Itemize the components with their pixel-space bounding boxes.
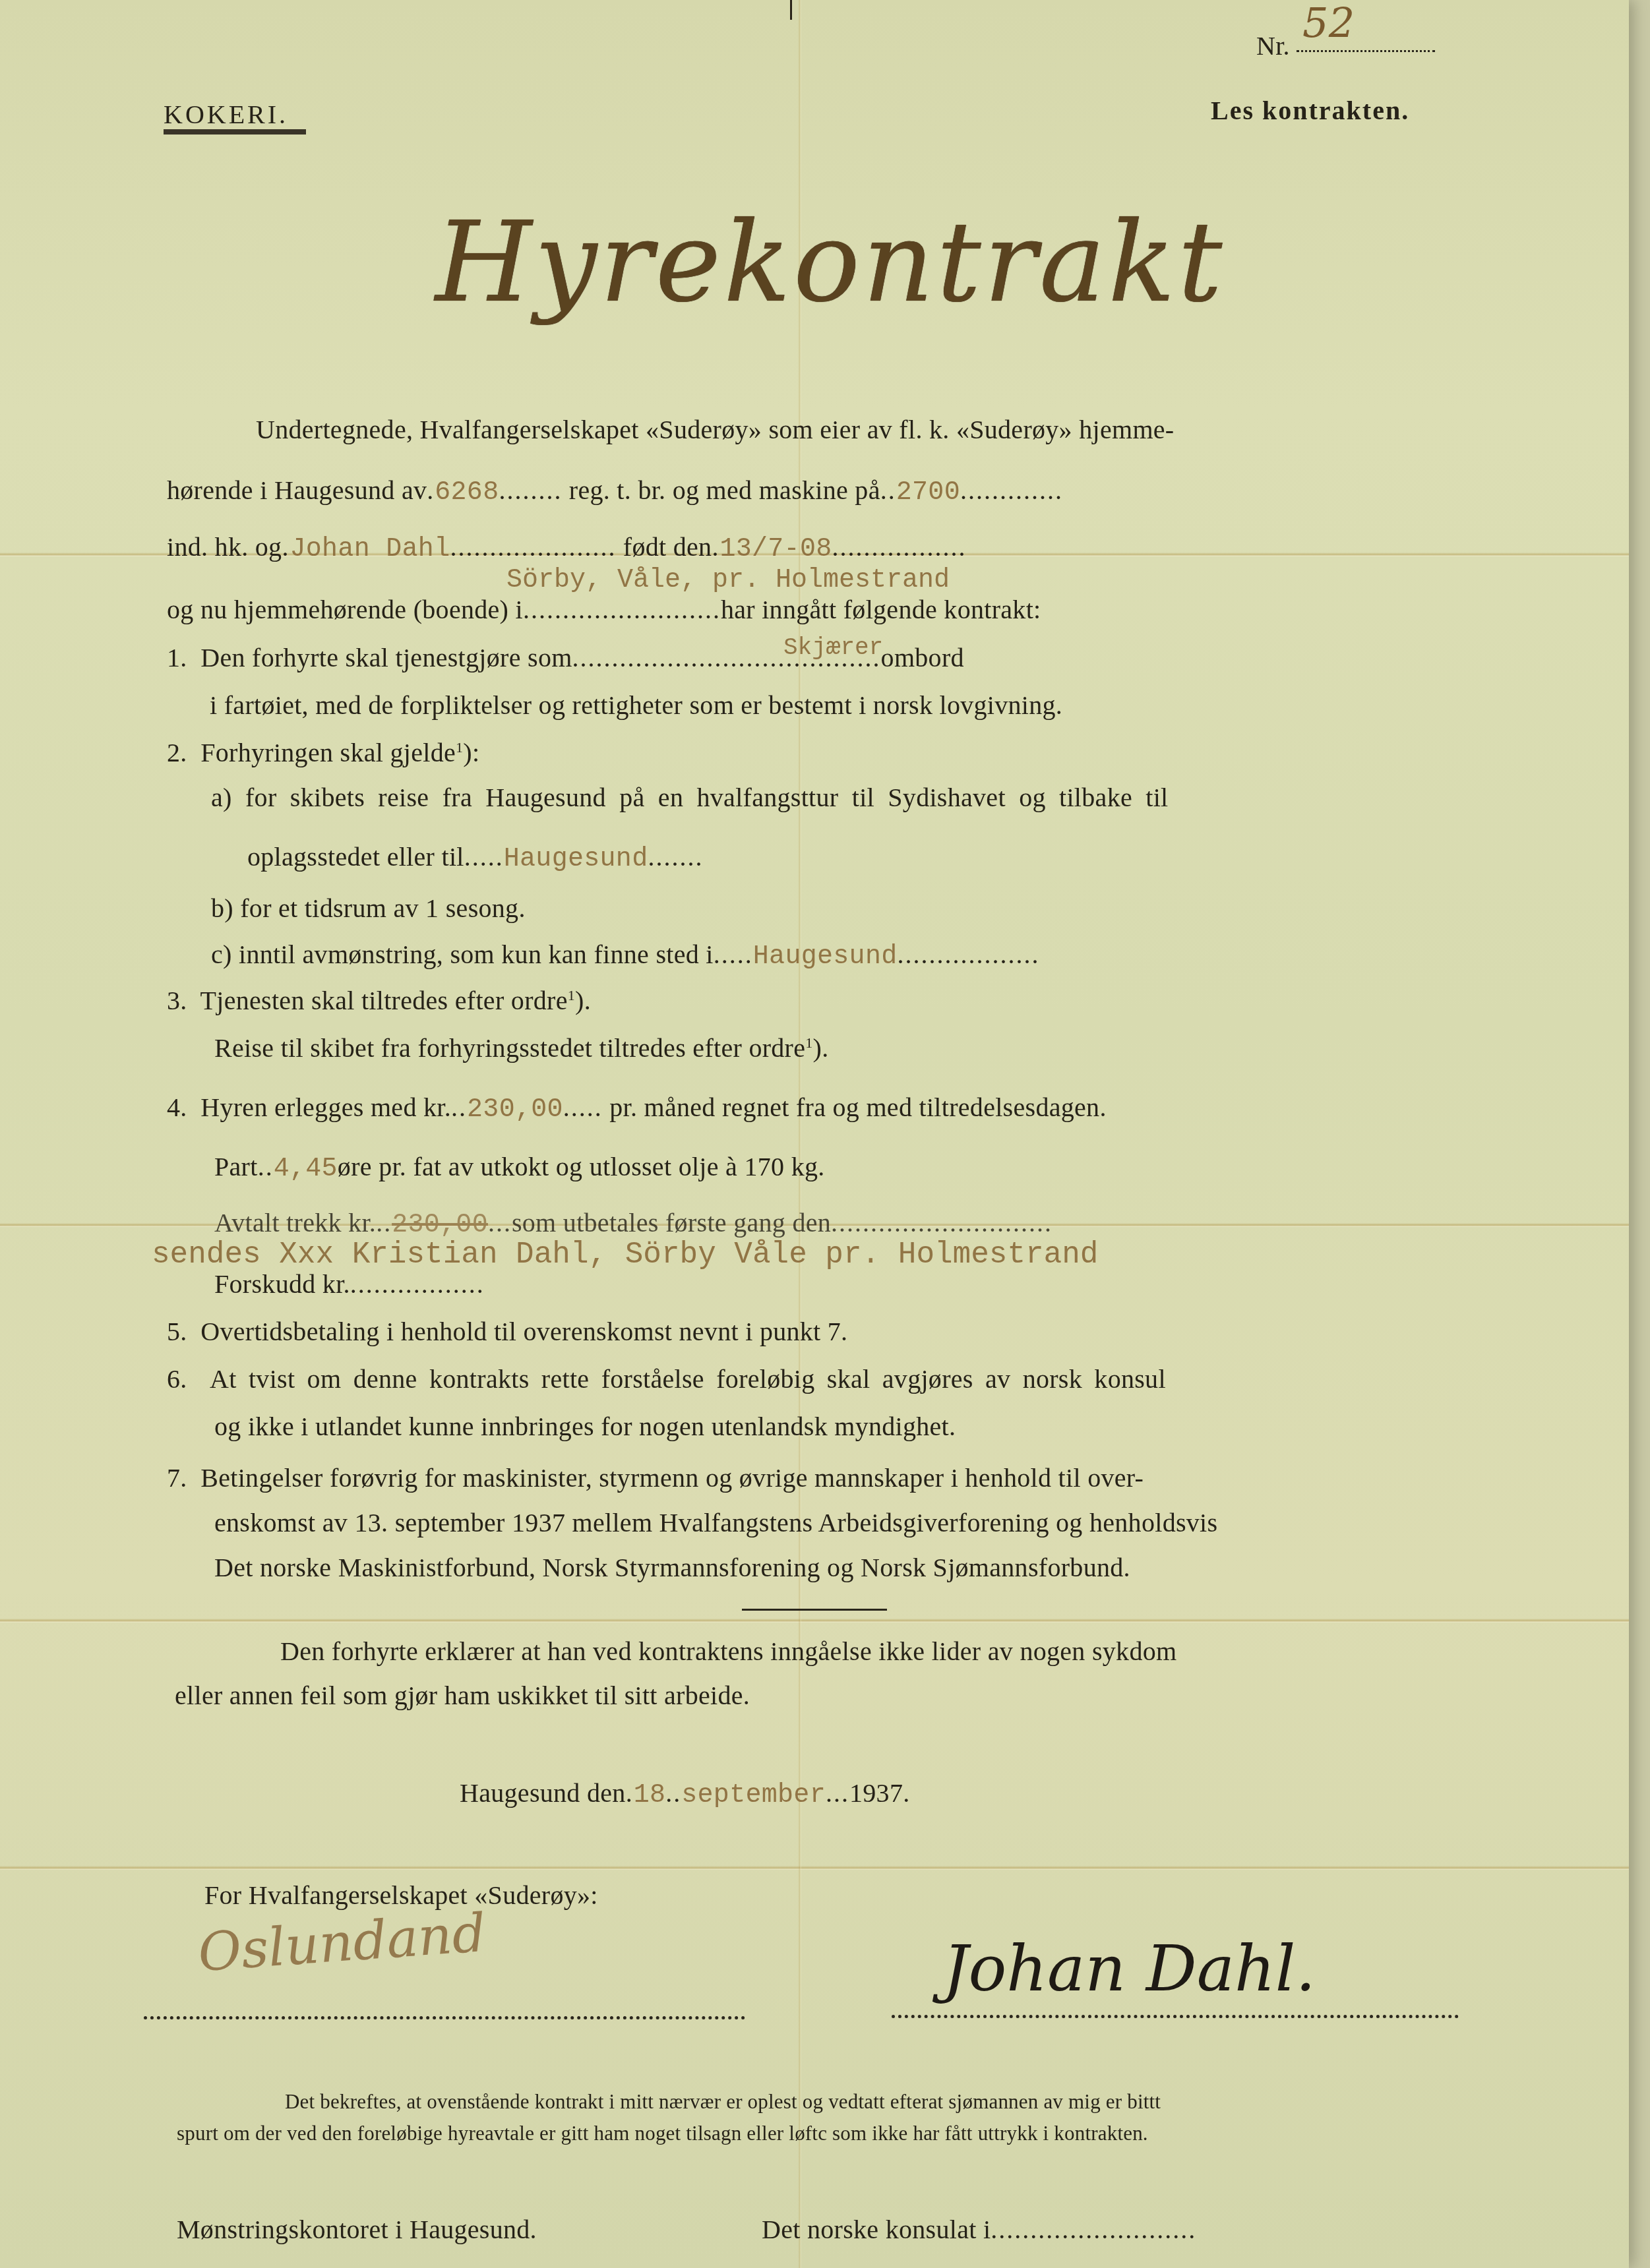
monthly-wage: 230,00 bbox=[467, 1095, 563, 1125]
intro-line-1: Undertegnede, Hvalfangerselskapet «Suder… bbox=[256, 417, 1174, 443]
number-label: Nr. bbox=[1256, 31, 1290, 61]
clause-2b: b) for et tidsrum av 1 sesong. bbox=[211, 895, 526, 922]
clause-4-advance: Forskudd kr.................. bbox=[214, 1271, 485, 1298]
read-contract-notice: Les kontrakten. bbox=[1211, 98, 1409, 124]
department-underline bbox=[164, 129, 306, 134]
clause-2-heading: 2. Forhyringen skal gjelde1): bbox=[167, 740, 479, 766]
clause-4-wage: 4. Hyren erlegges med kr...230,00..... p… bbox=[167, 1094, 1107, 1123]
discharge-place: Haugesund bbox=[753, 942, 898, 972]
clause-2c: c) inntil avmønstring, som kun kan finne… bbox=[211, 941, 1040, 970]
horsepower-value: 2700 bbox=[896, 478, 960, 508]
clause-7-line-2: enskomst av 13. september 1937 mellem Hv… bbox=[214, 1510, 1217, 1536]
clause-1-line-2: i fartøiet, med de forpliktelser og rett… bbox=[210, 692, 1062, 719]
number-field: Nr. 52 bbox=[1256, 33, 1435, 59]
deduction-value: 230,00 bbox=[392, 1210, 488, 1240]
fold-crease bbox=[0, 1619, 1629, 1623]
tear-mark bbox=[790, 0, 792, 20]
employee-name: Johan Dahl bbox=[290, 535, 450, 564]
clause-4-part: Part..4,45øre pr. fat av utkokt og utlos… bbox=[214, 1154, 825, 1183]
number-value: 52 bbox=[1302, 3, 1355, 44]
clause-3-line-2: Reise til skibet fra forhyringsstedet ti… bbox=[214, 1035, 829, 1061]
place-date: Haugesund den.18..september...1937. bbox=[460, 1780, 909, 1809]
declaration-line-2: eller annen feil som gjør ham uskikket t… bbox=[175, 1683, 750, 1709]
contract-document: KOKERI. Nr. 52 Les kontrakten. Hyrekontr… bbox=[0, 0, 1629, 2268]
section-divider bbox=[742, 1609, 887, 1611]
signing-month: september bbox=[681, 1781, 826, 1810]
clause-2a-line-1: a) for skibets reise fra Haugesund på en… bbox=[211, 785, 1169, 811]
fold-crease bbox=[798, 0, 801, 2268]
employee-signature-line bbox=[892, 2015, 1459, 2018]
clause-6-line-1: 6. At tvist om denne kontrakts rette for… bbox=[167, 1366, 1166, 1392]
intro-line-3: ind. hk. og.Johan Dahl..................… bbox=[167, 534, 967, 563]
company-signature-label: For Hvalfangerselskapet «Suderøy»: bbox=[204, 1882, 598, 1909]
clause-5: 5. Overtidsbetaling i henhold til overen… bbox=[167, 1319, 847, 1345]
intro-line-4: og nu hjemmehørende (boende) i..........… bbox=[167, 597, 1041, 623]
layup-place: Haugesund bbox=[504, 845, 648, 874]
clause-7-line-3: Det norske Maskinistforbund, Norsk Styrm… bbox=[214, 1555, 1130, 1581]
company-signature-line bbox=[144, 2016, 745, 2019]
clause-6-line-2: og ikke i utlandet kunne innbringes for … bbox=[214, 1414, 956, 1440]
payment-recipient: sendes Xxx Kristian Dahl, Sörby Våle pr.… bbox=[152, 1238, 1098, 1272]
declaration-line-1: Den forhyrte erklærer at han ved kontrak… bbox=[280, 1638, 1176, 1665]
clause-3-line-1: 3. Tjenesten skal tiltredes efter ordre1… bbox=[167, 988, 591, 1014]
fold-crease bbox=[0, 1866, 1629, 1870]
certification-line-2: spurt om der ved den foreløbige hyreavta… bbox=[177, 2122, 1148, 2145]
mustering-office: Mønstringskontoret i Haugesund. bbox=[177, 2217, 537, 2243]
department-label: KOKERI. bbox=[164, 99, 288, 130]
certification-line-1: Det bekreftes, at ovenstående kontrakt i… bbox=[285, 2090, 1161, 2114]
tonnage-value: 6268 bbox=[435, 478, 499, 508]
consulate-field: Det norske konsulat i...................… bbox=[762, 2217, 1196, 2243]
intro-line-2: hørende i Haugesund av.6268........ reg.… bbox=[167, 477, 1063, 506]
clause-2a-line-2: oplagsstedet eller til.....Haugesund....… bbox=[247, 844, 703, 873]
clause-7-line-1: 7. Betingelser forøvrig for maskinister,… bbox=[167, 1465, 1144, 1491]
part-value: 4,45 bbox=[274, 1154, 338, 1184]
role-value: Skjærer bbox=[783, 634, 883, 661]
signing-day: 18 bbox=[634, 1781, 666, 1810]
birth-date: 13/7-08 bbox=[719, 535, 832, 564]
company-signature: Oslundand bbox=[196, 1902, 487, 1983]
residence-value: Sörby, Våle, pr. Holmestrand bbox=[506, 566, 950, 595]
employee-signature: Johan Dahl. bbox=[943, 1932, 1316, 2006]
clause-4-deduction: Avtalt trekk kr...230,00...som utbetales… bbox=[214, 1210, 1053, 1239]
page-title: Hyrekontrakt bbox=[435, 198, 1225, 327]
